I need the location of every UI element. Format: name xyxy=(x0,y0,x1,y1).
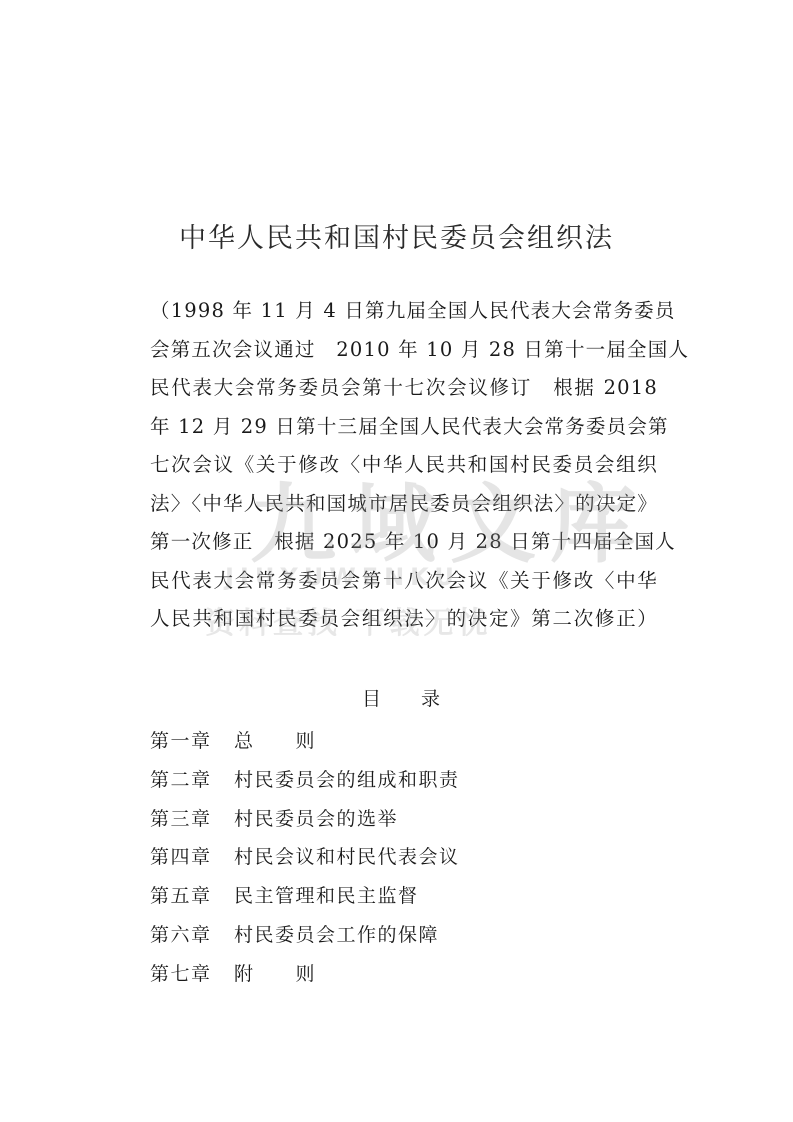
toc-chapter-number: 第三章 xyxy=(150,800,234,839)
toc-chapter-name: 附 则 xyxy=(234,955,316,994)
document-title: 中华人民共和国村民委员会组织法 xyxy=(0,216,793,255)
preamble-line: 民代表大会常务委员会第十八次会议《关于修改〈中华 xyxy=(150,562,658,601)
toc-item[interactable]: 第一章总 则 xyxy=(150,722,460,761)
preamble-line: （1998 年 11 月 4 日第九届全国人民代表大会常务委员 xyxy=(150,292,658,331)
preamble-line: 年 12 月 29 日第十三届全国人民代表大会常务委员会第 xyxy=(150,408,658,447)
toc-chapter-number: 第五章 xyxy=(150,877,234,916)
toc-item[interactable]: 第四章村民会议和村民代表会议 xyxy=(150,838,460,877)
toc-chapter-name: 村民委员会的选举 xyxy=(234,800,398,839)
preamble: （1998 年 11 月 4 日第九届全国人民代表大会常务委员 会第五次会议通过… xyxy=(150,292,658,639)
table-of-contents: 第一章总 则 第二章村民委员会的组成和职责 第三章村民委员会的选举 第四章村民会… xyxy=(150,722,460,994)
toc-chapter-number: 第六章 xyxy=(150,916,234,955)
toc-item[interactable]: 第五章民主管理和民主监督 xyxy=(150,877,460,916)
document-page: 中华人民共和国村民委员会组织法 （1998 年 11 月 4 日第九届全国人民代… xyxy=(0,0,793,1122)
toc-chapter-name: 村民会议和村民代表会议 xyxy=(234,838,460,877)
preamble-line: 第一次修正 根据 2025 年 10 月 28 日第十四届全国人 xyxy=(150,523,658,562)
toc-item[interactable]: 第七章附 则 xyxy=(150,955,460,994)
toc-item[interactable]: 第三章村民委员会的选举 xyxy=(150,800,460,839)
toc-chapter-number: 第一章 xyxy=(150,722,234,761)
toc-chapter-name: 村民委员会的组成和职责 xyxy=(234,761,460,800)
toc-chapter-number: 第二章 xyxy=(150,761,234,800)
toc-chapter-number: 第四章 xyxy=(150,838,234,877)
toc-chapter-name: 民主管理和民主监督 xyxy=(234,877,419,916)
preamble-line: 会第五次会议通过 2010 年 10 月 28 日第十一届全国人 xyxy=(150,331,658,370)
toc-chapter-name: 村民委员会工作的保障 xyxy=(234,916,439,955)
preamble-line: 法〉〈中华人民共和国城市居民委员会组织法〉的决定》 xyxy=(150,485,658,524)
preamble-line: 人民共和国村民委员会组织法〉的决定》第二次修正） xyxy=(150,600,658,639)
toc-chapter-number: 第七章 xyxy=(150,955,234,994)
toc-item[interactable]: 第六章村民委员会工作的保障 xyxy=(150,916,460,955)
toc-heading: 目录 xyxy=(362,684,480,711)
toc-item[interactable]: 第二章村民委员会的组成和职责 xyxy=(150,761,460,800)
toc-chapter-name: 总 则 xyxy=(234,722,316,761)
preamble-line: 七次会议《关于修改〈中华人民共和国村民委员会组织 xyxy=(150,446,658,485)
preamble-line: 民代表大会常务委员会第十七次会议修订 根据 2018 xyxy=(150,369,658,408)
